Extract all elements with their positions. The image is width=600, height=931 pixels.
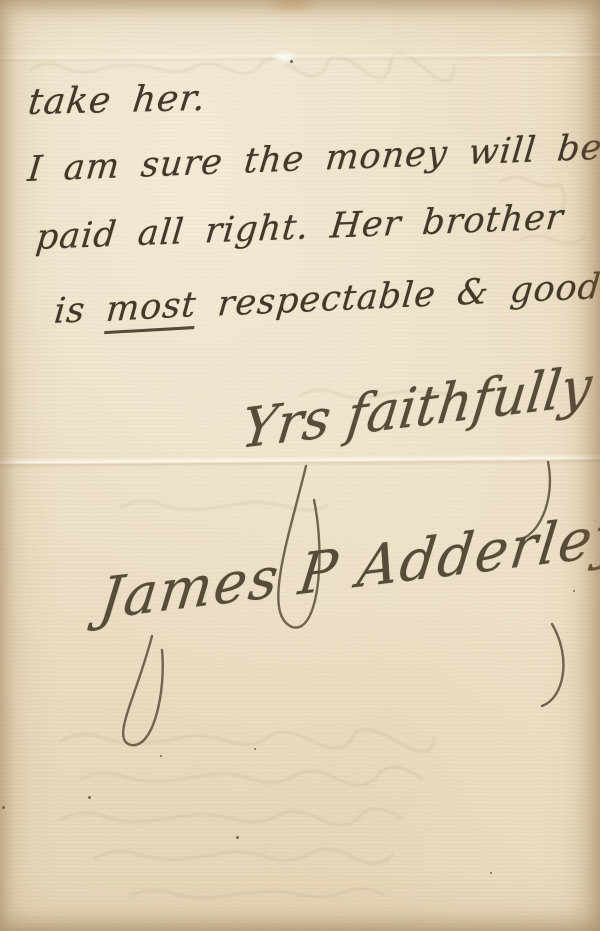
flourish-stroke <box>278 466 319 628</box>
flourish-stroke <box>517 462 550 540</box>
flourish-stroke <box>123 636 163 745</box>
letter-scan: take her. I am sure the money will be pa… <box>0 0 600 931</box>
flourish-stroke <box>542 624 563 706</box>
signature-flourishes <box>0 0 600 931</box>
